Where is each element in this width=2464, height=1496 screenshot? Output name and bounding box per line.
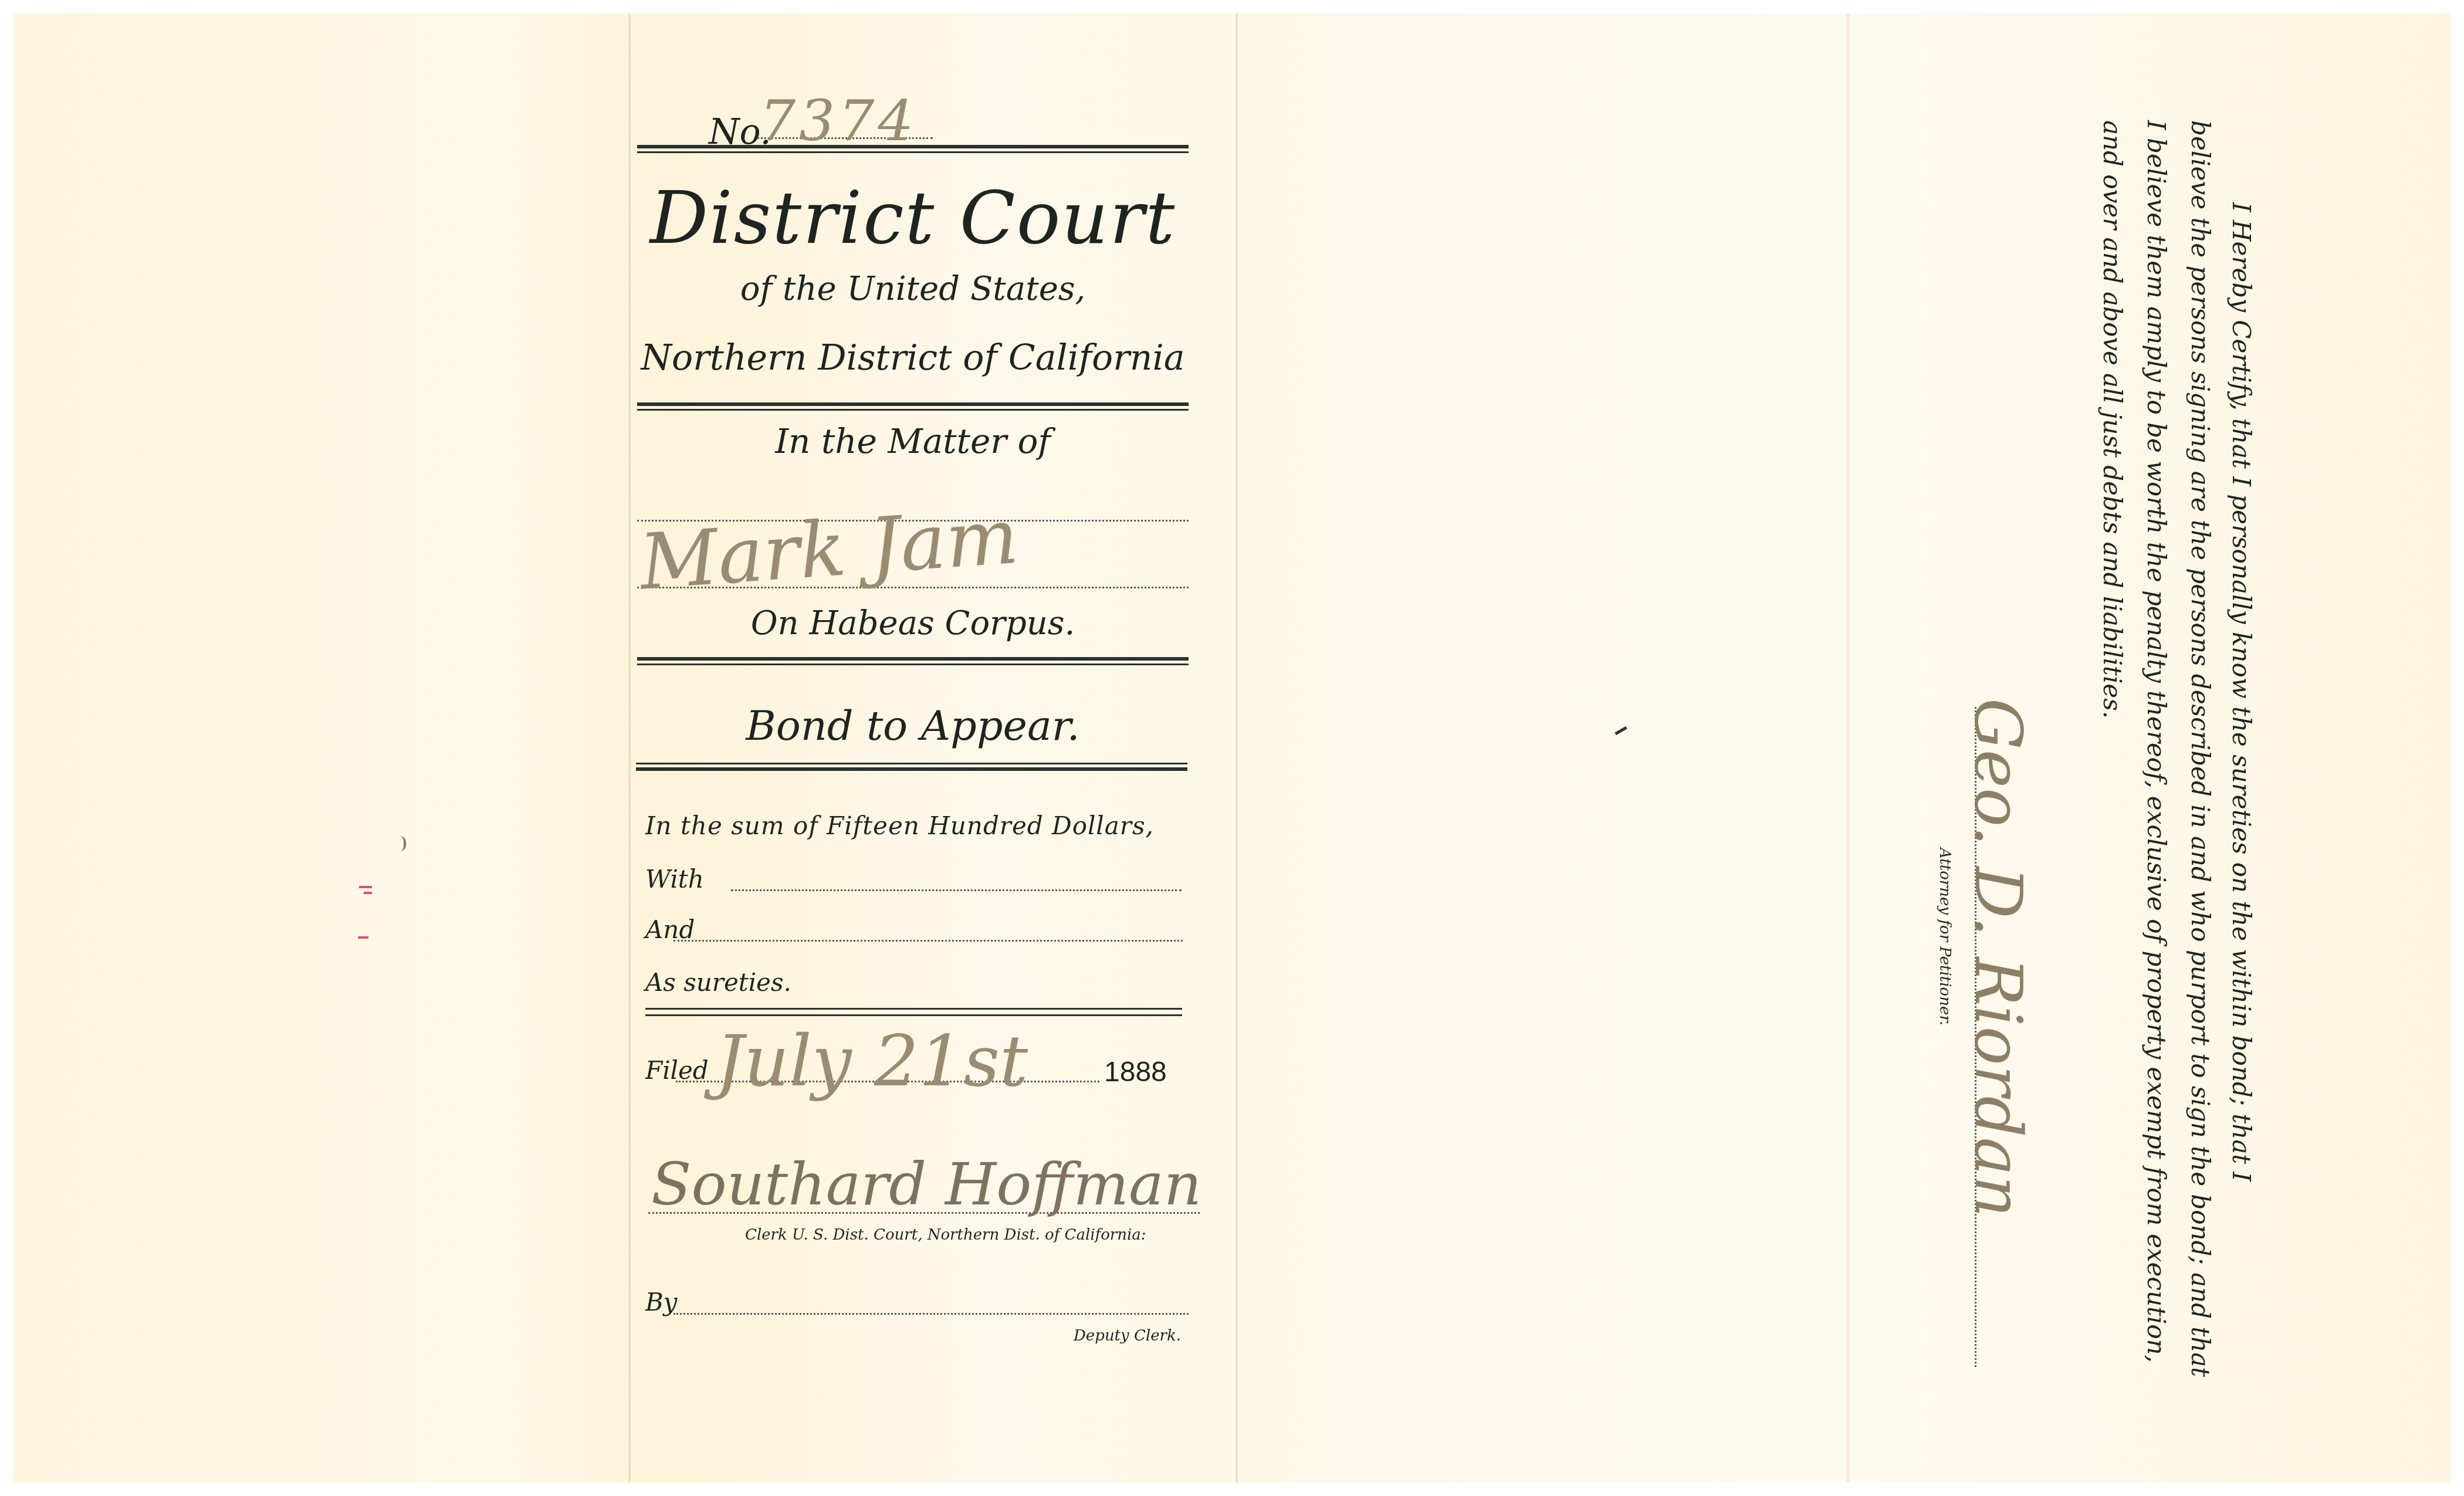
certificate-line-1: I Hereby Certify, that I personally know… <box>2227 202 2256 1182</box>
bond-sum: In the sum of Fifteen Hundred Dollars, <box>645 811 1154 840</box>
surety-1-field[interactable] <box>731 889 1182 891</box>
fold-line-middle <box>1236 13 1238 1483</box>
document-title: Bond to Appear. <box>637 702 1189 750</box>
rule-district <box>637 402 1189 411</box>
filed-year: 1888 <box>1104 1056 1167 1088</box>
rule-title <box>636 763 1187 771</box>
deputy-clerk-label: Deputy Clerk. <box>1074 1327 1181 1345</box>
by-label: By <box>645 1288 678 1316</box>
proceeding-type: On Habeas Corpus. <box>637 604 1189 642</box>
clerk-signature: Southard Hoffman <box>651 1150 1201 1219</box>
deputy-clerk-field[interactable] <box>673 1313 1189 1315</box>
fold-line-right <box>1845 13 1851 1483</box>
rule-proceeding <box>637 657 1189 665</box>
red-ink-speck <box>364 892 372 894</box>
document-paper <box>13 13 2451 1483</box>
attorney-title: Attorney for Petitioner. <box>1936 848 1954 1025</box>
rule-top <box>637 145 1189 153</box>
certificate-line-2: believe the persons signing are the pers… <box>2186 120 2215 1377</box>
surety-2-field[interactable] <box>673 940 1183 942</box>
certificate-line-4: and over and above all just debts and li… <box>2098 120 2127 719</box>
certificate-line-3: I believe them amply to be worth the pen… <box>2142 120 2171 1363</box>
with-label: With <box>645 865 704 893</box>
case-number: 7374 <box>760 88 917 154</box>
filed-date: July 21st <box>716 1021 1028 1102</box>
red-ink-speck <box>359 886 372 888</box>
red-ink-speck <box>358 936 368 939</box>
matter-label: In the Matter of <box>637 421 1189 461</box>
rule-sureties <box>645 1008 1182 1016</box>
sureties-label: As sureties. <box>645 968 791 997</box>
fold-line-left <box>628 13 631 1483</box>
clerk-title: Clerk U. S. Dist. Court, Northern Dist. … <box>745 1226 1146 1244</box>
attorney-signature: Geo. D. Riordan <box>1961 698 2036 1217</box>
district-name: Northern District of California <box>637 337 1189 378</box>
court-title: District Court <box>637 176 1189 260</box>
court-subtitle: of the United States, <box>637 270 1189 308</box>
